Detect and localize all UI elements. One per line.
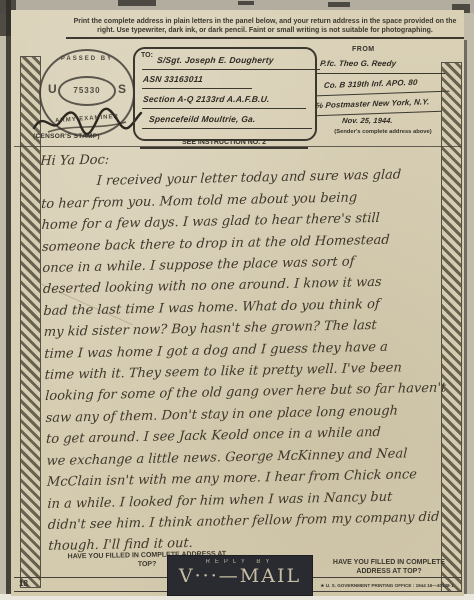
form-page-number: 18 (19, 579, 28, 588)
letter-body: Hi Ya Doc: I received your letter today … (40, 142, 462, 557)
to-address-line: S/Sgt. Joseph E. Dougherty (142, 51, 322, 70)
censor-s-text: S (118, 82, 126, 96)
to-address-panel: TO: S/Sgt. Joseph E. Dougherty ASN 33163… (133, 47, 317, 141)
film-smudge (328, 2, 350, 7)
film-smudge (238, 1, 254, 5)
censor-stamp-label: (CENSOR'S STAMP) (33, 133, 100, 140)
from-label: FROM (352, 46, 375, 53)
censor-number: 75330 (58, 76, 116, 106)
vmail-logo-text: V···—MAIL (168, 565, 312, 587)
form-instructions: Print the complete address in plain lett… (66, 17, 464, 39)
footer-warning-right: HAVE YOU FILLED IN COMPLETE ADDRESS AT T… (320, 558, 458, 576)
printing-office-note: ★ U. S. GOVERNMENT PRINTING OFFICE : 194… (308, 583, 466, 589)
from-date-line: Nov. 25, 1944. (315, 113, 469, 130)
to-address-line: Section A-Q 2133rd A.A.F.B.U. (142, 90, 308, 109)
to-address-line: Spencefeild Moultrie, Ga. (142, 110, 314, 129)
censor-passed-by-text: PASSED BY (41, 56, 133, 62)
vmail-banner: REPLY BY V···—MAIL (168, 556, 312, 595)
film-smudge (118, 0, 156, 6)
to-address-line: ASN 33163011 (142, 70, 254, 89)
from-address-line: P.fc. Theo G. Reedy (315, 56, 447, 74)
vmail-letter-scan: Print the complete address in plain lett… (0, 0, 474, 600)
censor-u-text: U (48, 82, 57, 96)
sender-address-caption: (Sender's complete address above) (318, 129, 448, 135)
